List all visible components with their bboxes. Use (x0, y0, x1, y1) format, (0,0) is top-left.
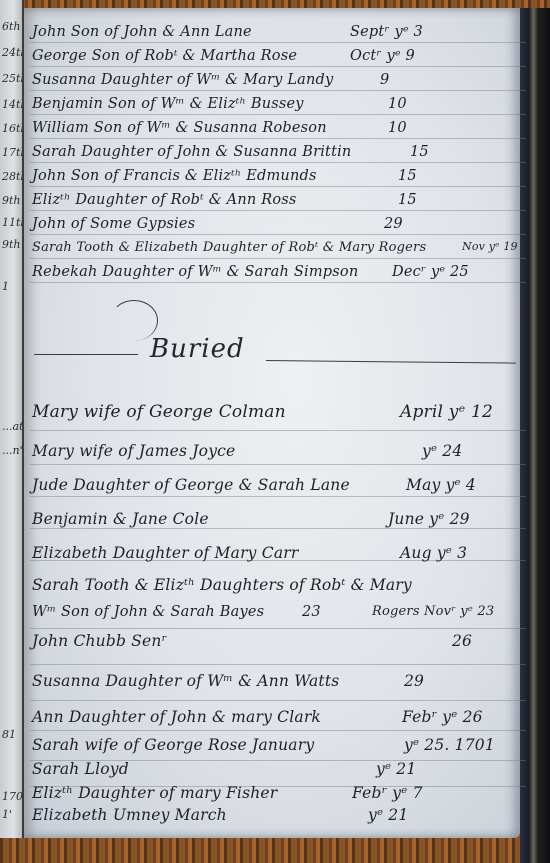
ruled-line (30, 664, 526, 665)
margin-note: 11th (2, 216, 24, 229)
margin-note: 28th (2, 170, 24, 183)
burial-entry: Elizabeth Daughter of Mary CarrAug yᵉ 3 (32, 544, 298, 562)
baptism-entry: George Son of Robᵗ & Martha RoseOctʳ yᵉ … (32, 48, 297, 64)
ruled-line (30, 138, 526, 139)
burial-entry: Susanna Daughter of Wᵐ & Ann Watts29 (32, 672, 339, 690)
baptism-entry: John of Some Gypsies29 (32, 216, 195, 232)
margin-note: 6th (2, 20, 21, 33)
ruled-line (30, 210, 526, 211)
ruled-line (30, 528, 526, 529)
burial-entry: Elizabeth Umney Marchyᵉ 21 (32, 806, 227, 824)
section-heading-buried: Buried (150, 334, 245, 364)
baptism-entry: John Son of Francis & Elizᵗʰ Edmunds15 (32, 168, 317, 184)
burial-entry: Sarah Tooth & Elizᵗʰ Daughters of Robᵗ &… (32, 576, 412, 594)
ruled-line (30, 282, 526, 283)
book-binding-edge (520, 8, 550, 863)
baptism-entry: Rebekah Daughter of Wᵐ & Sarah SimpsonDe… (32, 264, 358, 280)
ruled-line (30, 234, 526, 235)
margin-note: 16th (2, 122, 24, 135)
ruled-line (30, 114, 526, 115)
heading-rule (34, 354, 138, 355)
margin-note: 24th (2, 46, 24, 59)
margin-note: 14th (2, 98, 24, 111)
burial-entry: Sarah Lloydyᵉ 21 (32, 760, 129, 778)
margin-note: 81 (2, 728, 16, 741)
ruled-line (30, 496, 526, 497)
ruled-line (30, 162, 526, 163)
burial-entry: Mary wife of James Joyceyᵉ 24 (32, 442, 235, 460)
baptism-entry: Benjamin Son of Wᵐ & Elizᵗʰ Bussey10 (32, 96, 304, 112)
ruled-line (30, 66, 526, 67)
burial-entry: John Chubb Senʳ26 (32, 632, 167, 650)
margin-note: 9th (2, 194, 21, 207)
margin-note: 25th (2, 72, 24, 85)
margin-note: 1 (2, 280, 9, 293)
ruled-line (30, 628, 526, 629)
ruled-line (30, 258, 526, 259)
ruled-line (30, 42, 526, 43)
burial-entry: Sarah wife of George Rose Januaryyᵉ 25. … (32, 736, 314, 754)
baptism-entry: Susanna Daughter of Wᵐ & Mary Landy9 (32, 72, 333, 88)
burial-entry: Jude Daughter of George & Sarah LaneMay … (32, 476, 350, 494)
margin-note: 9th (2, 238, 21, 251)
burial-entry: Wᵐ Son of John & Sarah Bayes23Rogers Nov… (32, 604, 264, 620)
burial-entry: Elizᵗʰ Daughter of mary FisherFebʳ yᵉ 7 (32, 784, 277, 802)
previous-page-edge: 6th 24th 25th 14th 16th 17th 28th 9th 11… (0, 0, 24, 838)
baptism-entry: William Son of Wᵐ & Susanna Robeson10 (32, 120, 327, 136)
margin-note: ...n' (2, 444, 23, 457)
ruled-line (30, 186, 526, 187)
margin-note: 1701 (2, 790, 24, 803)
ruled-line (30, 730, 526, 731)
baptism-entry: Sarah Tooth & Elizabeth Daughter of Robᵗ… (32, 240, 426, 255)
ruled-line (30, 700, 526, 701)
ruled-line (30, 430, 526, 431)
margin-note: 17th (2, 146, 24, 159)
baptism-entry: John Son of John & Ann LaneSeptʳ yᵉ 3 (32, 24, 252, 40)
margin-note: ...aty (2, 420, 24, 433)
margin-note: 1' (2, 808, 12, 821)
burial-entry: Mary wife of George ColmanApril yᵉ 12 (32, 402, 286, 422)
baptism-entry: Elizᵗʰ Daughter of Robᵗ & Ann Ross15 (32, 192, 297, 208)
baptism-entry: Sarah Daughter of John & Susanna Brittin… (32, 144, 351, 160)
burial-entry: Benjamin & Jane ColeJune yᵉ 29 (32, 510, 209, 528)
ruled-line (30, 90, 526, 91)
ruled-line (30, 464, 526, 465)
burial-entry: Ann Daughter of John & mary ClarkFebʳ yᵉ… (32, 708, 321, 726)
